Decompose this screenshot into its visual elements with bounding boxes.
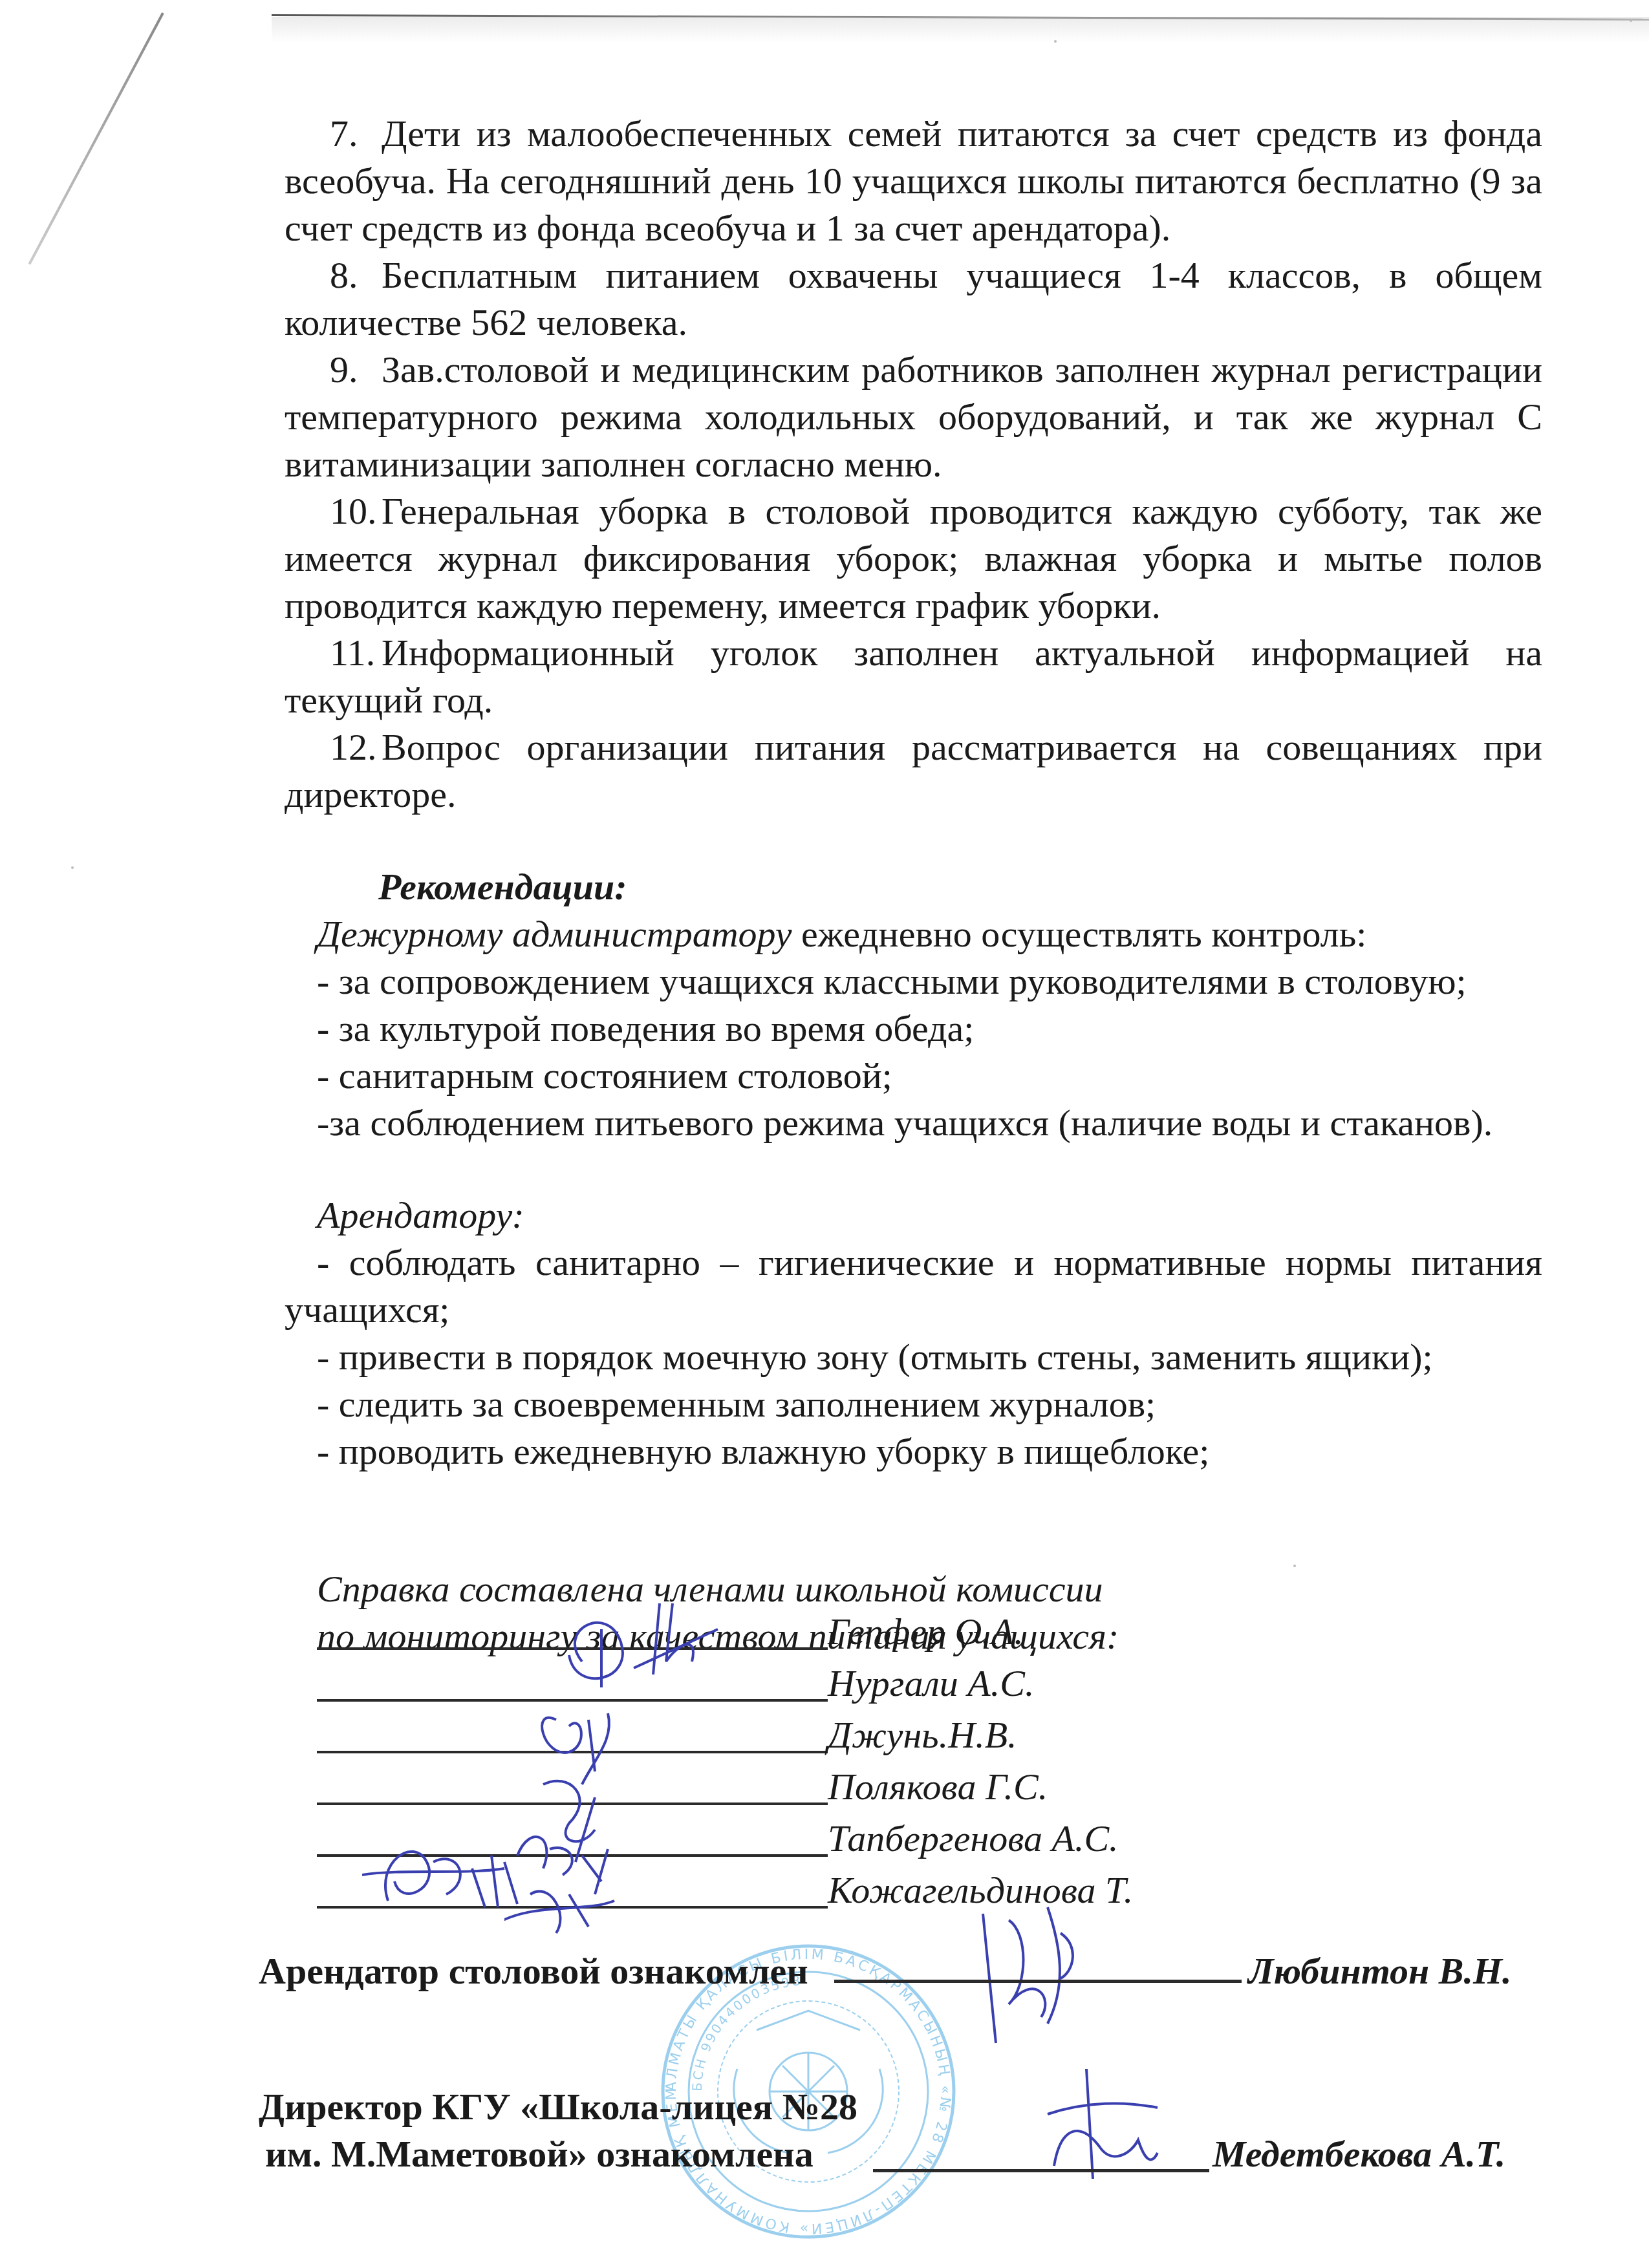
admin-bullet: - за сопровождением учащихся классными р…	[317, 957, 1542, 1005]
spacer	[285, 818, 1542, 863]
item-number: 9.	[330, 346, 382, 393]
tenant-bullet: - проводить ежедневную влажную уборку в …	[317, 1428, 1542, 1475]
director-name: Медетбекова А.Т.	[1212, 2132, 1505, 2176]
list-item-9: 9.Зав.столовой и медицинским работников …	[285, 346, 1542, 487]
handwritten-signature-icon	[1035, 2069, 1177, 2185]
tenant-addressee: Арендатору:	[317, 1192, 1542, 1239]
scan-speck	[1054, 40, 1057, 43]
spacer	[285, 1146, 1542, 1192]
signature-line	[834, 1980, 1242, 1983]
scan-speck	[71, 866, 74, 869]
director-ack-label-line-2: им. М.Маметовой» ознакомлена	[265, 2132, 814, 2176]
admin-bullet: -за соблюдением питьевого режима учащихс…	[317, 1099, 1542, 1146]
admin-bullet: - санитарным состоянием столовой;	[317, 1052, 1542, 1099]
tenant-ack-label: Арендатор столовой ознакомлен	[259, 1949, 808, 1993]
list-item-12: 12.Вопрос организации питания рассматрив…	[285, 723, 1542, 818]
scan-edge-diagonal	[28, 12, 164, 264]
handwritten-signature-icon	[362, 1823, 582, 1927]
signatory-name: Джунь.Н.В.	[828, 1713, 1017, 1757]
item-text: Генеральная уборка в столовой проводится…	[285, 490, 1542, 626]
item-number: 11.	[330, 629, 382, 676]
scan-edge-shadow	[272, 17, 1649, 43]
signatory-name: Тапбергенова А.С.	[828, 1817, 1119, 1860]
document-body: 7.Дети из малообеспеченных семей питаютс…	[285, 110, 1542, 1660]
tenant-name: Любинтон В.Н.	[1248, 1949, 1512, 1993]
spacer	[285, 1475, 1542, 1565]
director-ack-label-line-1: Директор КГУ «Школа-лицея №28	[259, 2085, 857, 2128]
admin-addressee: Дежурному администратору	[317, 913, 792, 955]
handwritten-signature-icon	[970, 1894, 1099, 2049]
signatory-name: Нургали А.С.	[828, 1662, 1034, 1705]
list-item-10: 10.Генеральная уборка в столовой проводи…	[285, 487, 1542, 629]
item-number: 10.	[330, 487, 382, 535]
admin-lead-text: ежедневно осуществлять контроль:	[792, 913, 1367, 955]
certification-line-1: Справка составлена членами школьной коми…	[317, 1565, 1542, 1612]
admin-bullet: - за культурой поведения во время обеда;	[317, 1005, 1542, 1052]
signatory-name: Гепфер О.А.	[828, 1610, 1024, 1653]
recommendations-heading: Рекомендации:	[378, 863, 1542, 910]
tenant-bullet: - следить за своевременным заполнением ж…	[317, 1380, 1542, 1428]
list-item-11: 11.Информационный уголок заполнен актуал…	[285, 629, 1542, 723]
item-text: Дети из малообеспеченных семей питаются …	[285, 112, 1542, 249]
item-number: 8.	[330, 251, 382, 299]
item-text: Вопрос организации питания рассматривает…	[285, 726, 1542, 815]
item-number: 12.	[330, 723, 382, 771]
tenant-bullet: - привести в порядок моечную зону (отмыт…	[317, 1333, 1542, 1380]
scan-speck	[1630, 19, 1632, 22]
tenant-bullet: - соблюдать санитарно – гигиенические и …	[285, 1239, 1542, 1333]
item-number: 7.	[330, 110, 382, 157]
admin-recommendation-lead: Дежурному администратору ежедневно осуще…	[317, 910, 1542, 957]
signatory-name: Полякова Г.С.	[828, 1765, 1048, 1808]
item-text: Зав.столовой и медицинским работников за…	[285, 348, 1542, 485]
signature-line	[873, 2169, 1209, 2172]
list-item-8: 8.Бесплатным питанием охвачены учащиеся …	[285, 251, 1542, 346]
item-text: Бесплатным питанием охвачены учащиеся 1-…	[285, 254, 1542, 343]
item-text: Информационный уголок заполнен актуально…	[285, 632, 1542, 721]
list-item-7: 7.Дети из малообеспеченных семей питаютс…	[285, 110, 1542, 251]
